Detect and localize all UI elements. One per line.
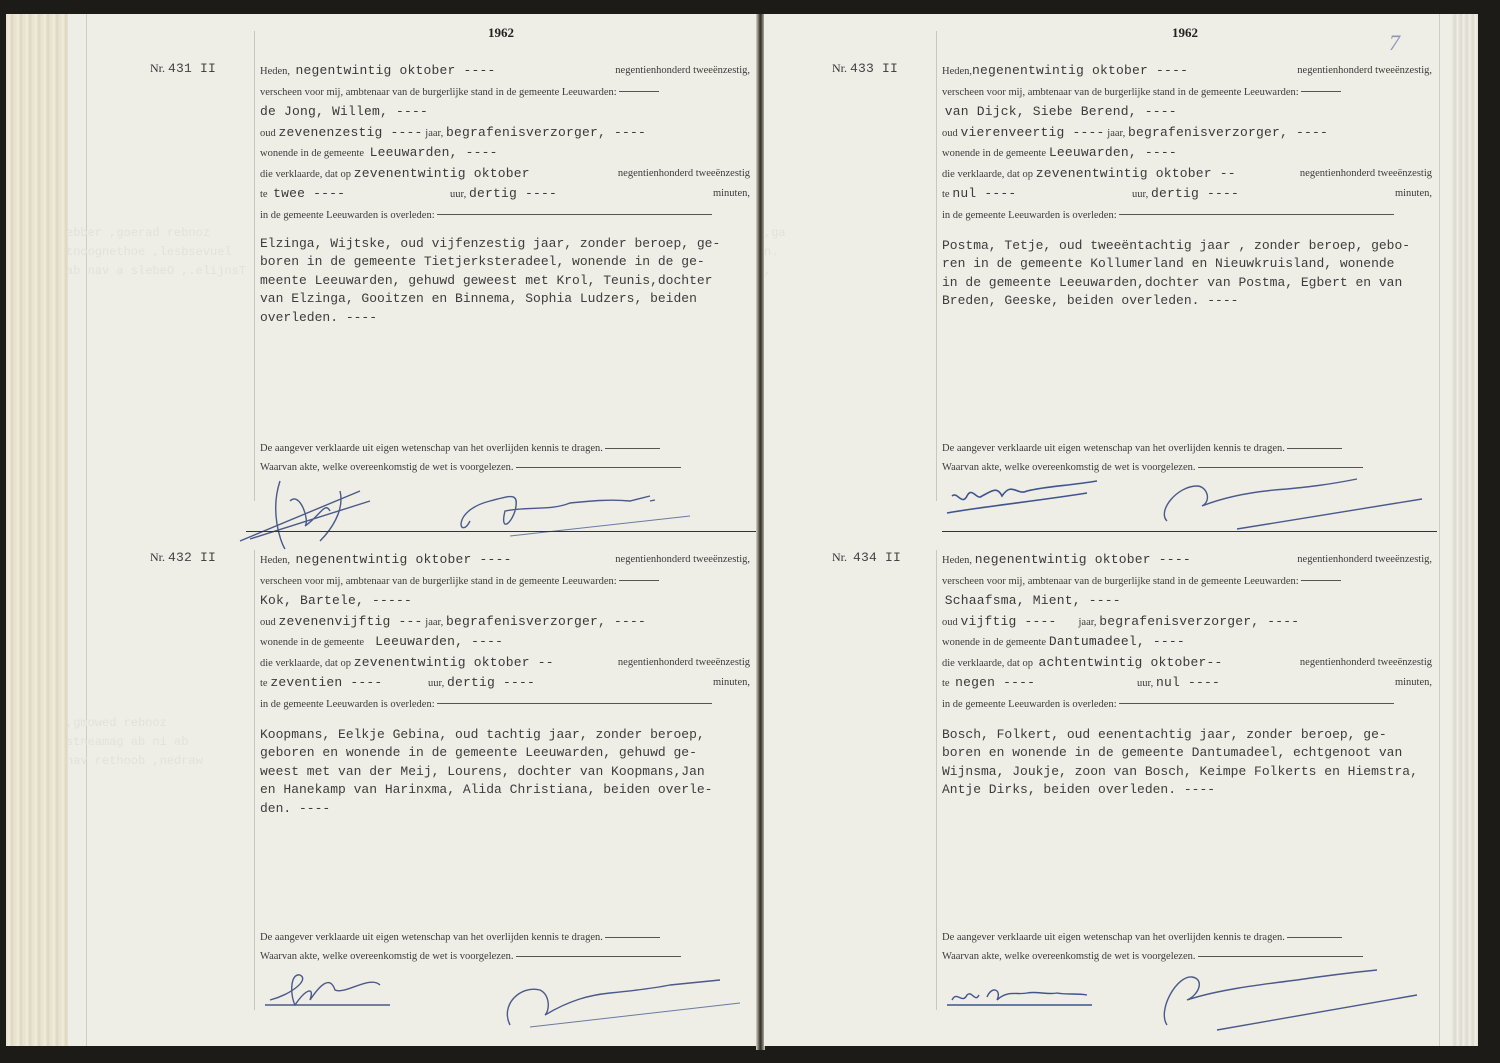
page-year: 1962	[1172, 25, 1198, 41]
informant-age: vierenveertig ----	[961, 125, 1105, 140]
open-register-book: 1962 ebber ,goerad rebnoz tnoognethoe ,l…	[6, 14, 1490, 1052]
informant-residence: Leeuwarden, ----	[1049, 145, 1177, 160]
death-minutes: dertig ----	[447, 675, 535, 690]
record-431: Nr. 431 II Heden, negentwintig oktober -…	[150, 61, 760, 531]
informant-occupation: begrafenisverzorger, ----	[446, 614, 646, 629]
record-number: Nr. 434 II	[832, 550, 901, 565]
informant-residence: Leeuwarden, ----	[375, 634, 503, 649]
record-form: Heden, negenentwintig oktober ----negent…	[942, 550, 1432, 714]
death-hour: negen ----	[955, 675, 1035, 690]
record-432: Nr. 432 II Heden, negenentwintig oktober…	[150, 550, 760, 1040]
right-page: 1962 7 ,ga n. , Nr. 433 II Heden,negenen…	[764, 14, 1478, 1046]
signature-informant	[937, 461, 1457, 541]
informant-residence: Dantumadeel, ----	[1049, 634, 1185, 649]
left-page: 1962 ebber ,goerad rebnoz tnoognethoe ,l…	[6, 14, 759, 1046]
signature-informant	[250, 955, 770, 1035]
registration-date: negenentwintig oktober ----	[296, 552, 512, 567]
informant-age: vijftig ----	[961, 614, 1057, 629]
bleed-through-text: ,ga n. ,	[764, 224, 786, 281]
record-form: Heden,negenentwintig oktober ----negenti…	[942, 61, 1432, 225]
informant-name: de Jong, Willem, ----	[260, 104, 428, 119]
death-minutes: dertig ----	[1151, 186, 1239, 201]
death-hour: nul ----	[952, 186, 1016, 201]
informant-name: van Dijck, Siebe Berend, ----	[945, 104, 1177, 119]
informant-residence: Leeuwarden, ----	[370, 145, 498, 160]
death-hour: twee ----	[273, 186, 345, 201]
record-form: Heden, negenentwintig oktober ----negent…	[260, 550, 750, 714]
registration-date: negenentwintig oktober ----	[975, 552, 1191, 567]
deceased-description: Bosch, Folkert, oud eenentachtig jaar, z…	[942, 726, 1442, 800]
death-minutes: dertig ----	[469, 186, 557, 201]
death-date: zevenentwintig oktober	[354, 166, 530, 181]
deceased-description: Postma, Tetje, oud tweeëntachtig jaar , …	[942, 237, 1442, 311]
registration-date: negentwintig oktober ----	[296, 63, 496, 78]
record-number: Nr. 431 II	[150, 61, 216, 76]
informant-name: Schaafsma, Mient, ----	[945, 593, 1121, 608]
page-mark: 7	[1389, 30, 1400, 56]
deceased-description: Koopmans, Eelkje Gebina, oud tachtig jaa…	[260, 726, 760, 818]
page-stack-edge	[6, 14, 68, 1046]
death-hour: zeventien ----	[270, 675, 382, 690]
record-form: Heden, negentwintig oktober ----negentie…	[260, 61, 750, 225]
record-number: Nr. 433 II	[832, 61, 898, 76]
death-date: zevenentwintig oktober --	[1036, 166, 1236, 181]
page-year: 1962	[488, 25, 514, 41]
informant-occupation: begrafenisverzorger, ----	[1099, 614, 1299, 629]
registration-date: negenentwintig oktober ----	[972, 63, 1188, 78]
record-separator	[246, 531, 756, 532]
informant-occupation: begrafenisverzorger, ----	[446, 125, 646, 140]
informant-age: zevenenvijftig ---	[279, 614, 423, 629]
informant-age: zevenenzestig ----	[279, 125, 423, 140]
record-number: Nr. 432 II	[150, 550, 216, 565]
signature-informant	[210, 471, 770, 551]
deceased-description: Elzinga, Wijtske, oud vijfenzestig jaar,…	[260, 235, 760, 327]
record-separator	[942, 531, 1437, 532]
death-minutes: nul ----	[1156, 675, 1220, 690]
signature-informant	[937, 955, 1457, 1035]
death-date: achtentwintig oktober--	[1038, 655, 1222, 670]
informant-name: Kok, Bartele, -----	[260, 593, 412, 608]
informant-occupation: begrafenisverzorger, ----	[1128, 125, 1328, 140]
record-433: Nr. 433 II Heden,negenentwintig oktober …	[832, 61, 1442, 531]
death-date: zevenentwintig oktober --	[354, 655, 554, 670]
record-434: Nr. 434 II Heden, negenentwintig oktober…	[832, 550, 1442, 1040]
